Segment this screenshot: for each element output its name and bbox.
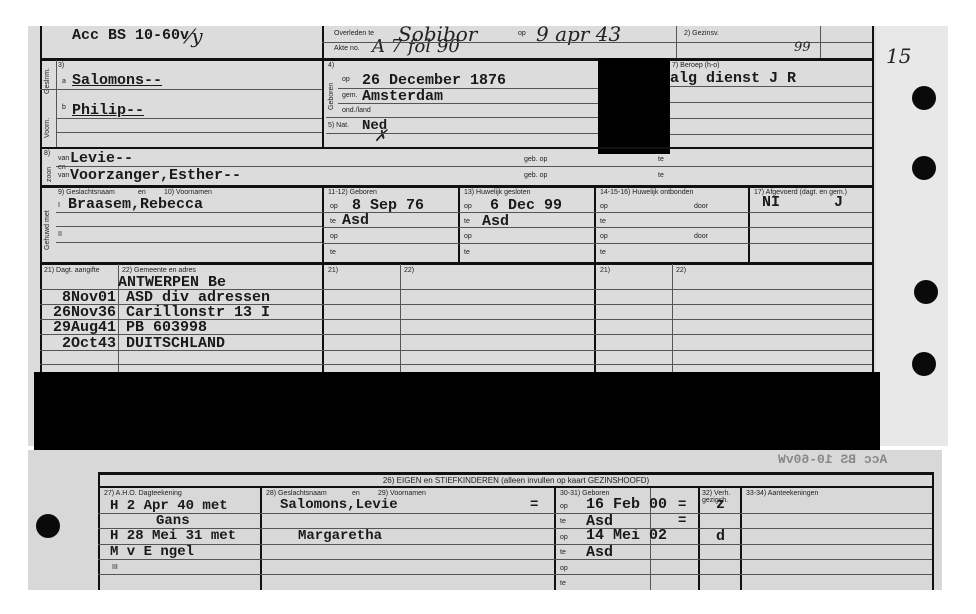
field-number: 4) xyxy=(328,62,334,69)
rule xyxy=(98,528,932,529)
rule xyxy=(670,134,872,135)
spouse-name: Braasem,Rebecca xyxy=(68,196,203,213)
side-label-born: Geboren xyxy=(328,83,335,110)
child-1-name: Margaretha xyxy=(298,528,382,544)
occupation: alg dienst J R xyxy=(670,70,796,87)
en-label: en xyxy=(352,490,360,497)
side-label-surname: Geslnm. xyxy=(44,68,51,94)
rule xyxy=(56,132,322,133)
rule xyxy=(98,559,932,560)
spouse-surname-header: 9) Geslachtsnaam xyxy=(58,189,115,196)
te-label: te xyxy=(560,549,566,556)
divider xyxy=(672,264,673,372)
address-date-header: 21) Dagt. aangifte xyxy=(44,267,100,274)
field-label-a: a xyxy=(62,78,66,85)
rule xyxy=(40,319,872,320)
mother-birthplace-label: te xyxy=(658,172,664,179)
punch-hole xyxy=(912,86,936,110)
op-label: op xyxy=(560,503,568,510)
father-birthplace-label: te xyxy=(658,156,664,163)
divider xyxy=(400,264,401,372)
door-label: door xyxy=(694,203,708,210)
household-label: 2) Gezinsv. xyxy=(684,30,719,37)
rule xyxy=(322,42,872,43)
rule xyxy=(56,212,322,213)
rule xyxy=(56,242,322,243)
te-label: te xyxy=(560,518,566,525)
nationality-mark: ✗ xyxy=(374,126,387,145)
rule xyxy=(40,89,322,90)
household-value: 99 xyxy=(794,40,811,55)
address-header-3: 22) xyxy=(676,267,686,274)
en-label: en xyxy=(138,189,146,196)
nationality-label: 5) Nat. xyxy=(328,122,349,129)
rule-thick xyxy=(40,147,874,149)
aho-header: 27) A.H.O. Dagteekening xyxy=(104,490,182,497)
op-label: op xyxy=(560,565,568,572)
child-0-date-ditto: = xyxy=(678,497,686,513)
page-number: 15 xyxy=(886,44,911,68)
address-header: 22) Gemeente en adres xyxy=(122,267,196,274)
aho-row-3: M v E ngel xyxy=(110,544,194,560)
marriage-ii-label: II xyxy=(58,231,62,238)
punch-hole xyxy=(36,514,60,538)
country-label: ond./land xyxy=(342,107,371,114)
divider xyxy=(322,26,324,60)
rule xyxy=(322,243,872,244)
marriage-i-label: I xyxy=(58,202,60,209)
divider xyxy=(458,186,460,264)
mother-name: Voorzanger,Esther-- xyxy=(70,167,241,184)
divider xyxy=(748,186,750,264)
children-section-title: 26) EIGEN en STIEFKINDEREN (alleen invul… xyxy=(98,476,934,485)
te-label: te xyxy=(600,218,606,225)
op-label: op xyxy=(600,233,608,240)
border xyxy=(98,472,100,590)
death-place-label: Overleden te xyxy=(334,30,374,37)
rule xyxy=(670,86,872,87)
surname: Salomons-- xyxy=(72,72,162,89)
te-label: te xyxy=(600,249,606,256)
te-label: te xyxy=(560,580,566,587)
op-label: op xyxy=(464,203,472,210)
rule xyxy=(98,574,932,575)
rule xyxy=(338,103,598,104)
rule xyxy=(326,133,598,134)
divider xyxy=(322,60,324,148)
op-label: op xyxy=(330,233,338,240)
deported-value: NI xyxy=(762,194,780,211)
aho-row-0: H 2 Apr 40 met xyxy=(110,498,228,514)
redacted-band xyxy=(34,372,880,450)
rule xyxy=(98,544,932,545)
side-label-married: Gehuwd met xyxy=(44,210,51,250)
divider xyxy=(56,60,57,148)
divider xyxy=(594,186,596,264)
child-0-ditto: = xyxy=(530,497,538,513)
te-label: te xyxy=(464,218,470,225)
divider xyxy=(322,264,324,372)
rule xyxy=(670,102,872,103)
van-label: van xyxy=(58,155,69,162)
rule-thick xyxy=(40,58,874,61)
notes-header: 33-34) Aanteekeningen xyxy=(746,490,818,497)
child-given-header: 29) Voornamen xyxy=(378,490,426,497)
birth-date-label: op xyxy=(342,76,350,83)
rule xyxy=(56,118,322,119)
te-label: te xyxy=(330,218,336,225)
spouse-born-header: 11-12) Geboren xyxy=(328,189,377,196)
divider xyxy=(322,186,324,264)
side-label-son: zoon xyxy=(46,167,53,182)
child-surname-header: 28) Geslachtsnaam xyxy=(266,490,327,497)
border xyxy=(40,26,42,372)
rule xyxy=(56,166,872,167)
door-label: door xyxy=(694,233,708,240)
op-label: op xyxy=(464,233,472,240)
reference-mark: ⁄y xyxy=(188,24,203,48)
rule xyxy=(322,212,872,213)
child-0-name: Salomons,Levie xyxy=(280,497,398,513)
child-1-verh: d xyxy=(716,528,725,545)
border xyxy=(872,26,874,372)
rule-thick xyxy=(40,262,874,265)
op-label: op xyxy=(330,203,338,210)
child-0-place-ditto: = xyxy=(678,513,686,529)
punch-hole xyxy=(912,156,936,180)
mother-birth-label: geb. op xyxy=(524,172,547,179)
birth-date: 26 December 1876 xyxy=(362,72,506,89)
birth-place-label: gem. xyxy=(342,92,358,99)
rule xyxy=(40,289,872,290)
dissolved-header: 14-15-16) Huwelijk ontbonden xyxy=(600,189,693,196)
op-label: op xyxy=(600,203,608,210)
divider xyxy=(594,264,596,372)
aho-row-1: Gans xyxy=(156,513,190,529)
act-number: A 7 fol 90 xyxy=(372,36,460,57)
side-label-given: Voorn. xyxy=(44,118,51,138)
given-name: Philip-- xyxy=(72,102,144,119)
rule-thick xyxy=(98,486,934,488)
deported-mark: J xyxy=(834,194,843,211)
field-number: 3) xyxy=(58,62,64,69)
border xyxy=(932,472,934,590)
rule xyxy=(40,364,872,365)
act-label: Akte no. xyxy=(334,45,360,52)
punch-hole xyxy=(914,280,938,304)
aho-row-2: H 28 Mei 31 met xyxy=(110,528,236,544)
punch-hole xyxy=(912,352,936,376)
field-label-b: b xyxy=(62,104,66,111)
address-date-header-3: 21) xyxy=(600,267,610,274)
child-0-birth-date: 16 Feb 00 xyxy=(586,496,667,513)
rule xyxy=(40,334,872,335)
rule xyxy=(40,304,872,305)
spouse-given-header: 10) Voornamen xyxy=(164,189,212,196)
address-header-2: 22) xyxy=(404,267,414,274)
child-1-birth-date: 14 Mei 02 xyxy=(586,527,667,544)
divider xyxy=(820,26,821,60)
redacted-block xyxy=(598,58,670,154)
divider xyxy=(676,26,677,60)
card-right-margin xyxy=(876,26,948,446)
father-birth-label: geb. op xyxy=(524,156,547,163)
father-name: Levie-- xyxy=(70,150,133,167)
field-number: 8) xyxy=(44,150,50,157)
rule xyxy=(56,226,322,227)
rule-thick xyxy=(98,472,934,475)
rule xyxy=(322,227,872,228)
child-0-verh: z xyxy=(716,496,725,513)
mirrored-reference: Acc BS 10-60vW xyxy=(778,452,887,467)
rule xyxy=(670,118,872,119)
van-label: van xyxy=(58,172,69,179)
reference-number: Acc BS 10-60v xyxy=(72,27,189,44)
address-date-header-2: 21) xyxy=(328,267,338,274)
rule xyxy=(40,350,872,351)
death-date-label: op xyxy=(518,30,526,37)
occupation-label: 7) Beroep (h-o) xyxy=(672,62,719,69)
aho-row-4: III xyxy=(112,564,118,571)
rule xyxy=(98,513,932,514)
marriage-header: 13) Huwelijk gesloten xyxy=(464,189,531,196)
te-label: te xyxy=(464,249,470,256)
te-label: te xyxy=(330,249,336,256)
op-label: op xyxy=(560,534,568,541)
